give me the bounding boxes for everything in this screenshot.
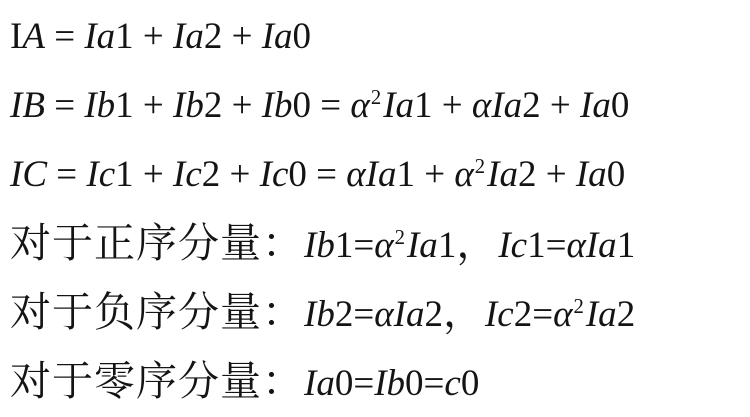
math-segment: Ib	[173, 85, 204, 126]
math-segment: Ia	[580, 85, 611, 126]
math-segment: A	[22, 16, 45, 57]
negative-sequence-label: 对于负序分量：	[10, 289, 304, 335]
equation-IC: IC = Ic1 + Ic2 + Ic0 = αIa1 + α2Ia2 + Ia…	[10, 140, 746, 209]
math-segment: IB	[10, 85, 45, 126]
math-segment: Ic	[498, 225, 527, 266]
math-segment: αIa	[566, 225, 616, 266]
math-segment: Ia	[576, 154, 607, 195]
alpha-symbol: α	[350, 85, 369, 126]
alpha-symbol: α	[374, 225, 393, 266]
math-segment: 1	[617, 225, 636, 266]
math-segment: 0=	[405, 363, 444, 404]
alpha-symbol: αIa	[346, 154, 396, 195]
math-segment: 2 +	[518, 154, 576, 195]
math-segment: Ia	[262, 16, 293, 57]
fullwidth-comma: ，	[443, 289, 485, 335]
math-segment: Ia	[173, 16, 204, 57]
math-segment: 2=	[514, 294, 553, 335]
math-segment: 2=	[335, 294, 374, 335]
negative-sequence-line: 对于负序分量：Ib2=αIa2，Ic2=α2Ia2	[10, 278, 746, 347]
superscript-2: 2	[395, 227, 405, 249]
zero-sequence-line: 对于零序分量：Ia0=Ib0=c0	[10, 347, 746, 416]
math-segment: 0	[607, 154, 626, 195]
math-segment: 2 +	[522, 85, 580, 126]
math-segment: 1 +	[397, 154, 455, 195]
math-segment: 0	[461, 363, 480, 404]
math-segment: =	[45, 85, 84, 126]
equation-IB: IB = Ib1 + Ib2 + Ib0 = α2Ia1 + αIa2 + Ia…	[10, 71, 746, 140]
superscript-2: 2	[475, 156, 485, 178]
positive-sequence-label: 对于正序分量：	[10, 220, 304, 266]
math-segment: Ia	[487, 154, 518, 195]
math-segment: Ia	[407, 225, 438, 266]
zero-sequence-label: 对于零序分量：	[10, 358, 304, 404]
math-segment: 2 +	[204, 85, 262, 126]
math-segment: Ic	[173, 154, 202, 195]
math-segment: Ia	[84, 16, 115, 57]
math-segment: I	[10, 16, 22, 57]
math-segment: Ib	[374, 363, 405, 404]
math-segment: =	[45, 16, 84, 57]
math-segment: Ic	[260, 154, 289, 195]
math-segment: 1 +	[115, 85, 173, 126]
alpha-symbol: α	[454, 154, 473, 195]
math-segment: Ib	[304, 294, 335, 335]
math-segment: 0	[611, 85, 630, 126]
math-segment: 0 =	[288, 154, 346, 195]
math-segment: c	[444, 363, 460, 404]
math-segment: 1=	[335, 225, 374, 266]
math-segment: Ib	[304, 225, 335, 266]
math-segment: 2	[617, 294, 636, 335]
math-segment: Ia	[383, 85, 414, 126]
superscript-2: 2	[574, 296, 584, 318]
math-segment: 1 +	[115, 154, 173, 195]
math-segment: 2	[424, 294, 443, 335]
math-segment: Ic	[485, 294, 514, 335]
math-segment: 0 =	[293, 85, 351, 126]
math-segment: 1 +	[414, 85, 472, 126]
math-segment: Ia	[304, 363, 335, 404]
alpha-symbol: α	[553, 294, 572, 335]
formula-sheet: IA = Ia1 + Ia2 + Ia0 IB = Ib1 + Ib2 + Ib…	[0, 0, 750, 417]
math-segment: 1 +	[115, 16, 173, 57]
math-segment: 2 +	[202, 154, 260, 195]
math-segment: 1	[438, 225, 457, 266]
math-segment: Ic	[86, 154, 115, 195]
math-segment: αIa	[472, 85, 522, 126]
math-segment: IC	[10, 154, 47, 195]
math-segment: 2 +	[204, 16, 262, 57]
fullwidth-comma: ，	[456, 220, 498, 266]
math-segment: Ib	[262, 85, 293, 126]
math-segment: Ia	[586, 294, 617, 335]
math-segment: 0	[293, 16, 312, 57]
superscript-2: 2	[371, 87, 381, 109]
math-segment: 0=	[335, 363, 374, 404]
positive-sequence-line: 对于正序分量：Ib1=α2Ia1，Ic1=αIa1	[10, 209, 746, 278]
equation-IA: IA = Ia1 + Ia2 + Ia0	[10, 2, 746, 71]
math-segment: 1=	[527, 225, 566, 266]
math-segment: =	[47, 154, 86, 195]
math-segment: αIa	[374, 294, 424, 335]
math-segment: Ib	[84, 85, 115, 126]
